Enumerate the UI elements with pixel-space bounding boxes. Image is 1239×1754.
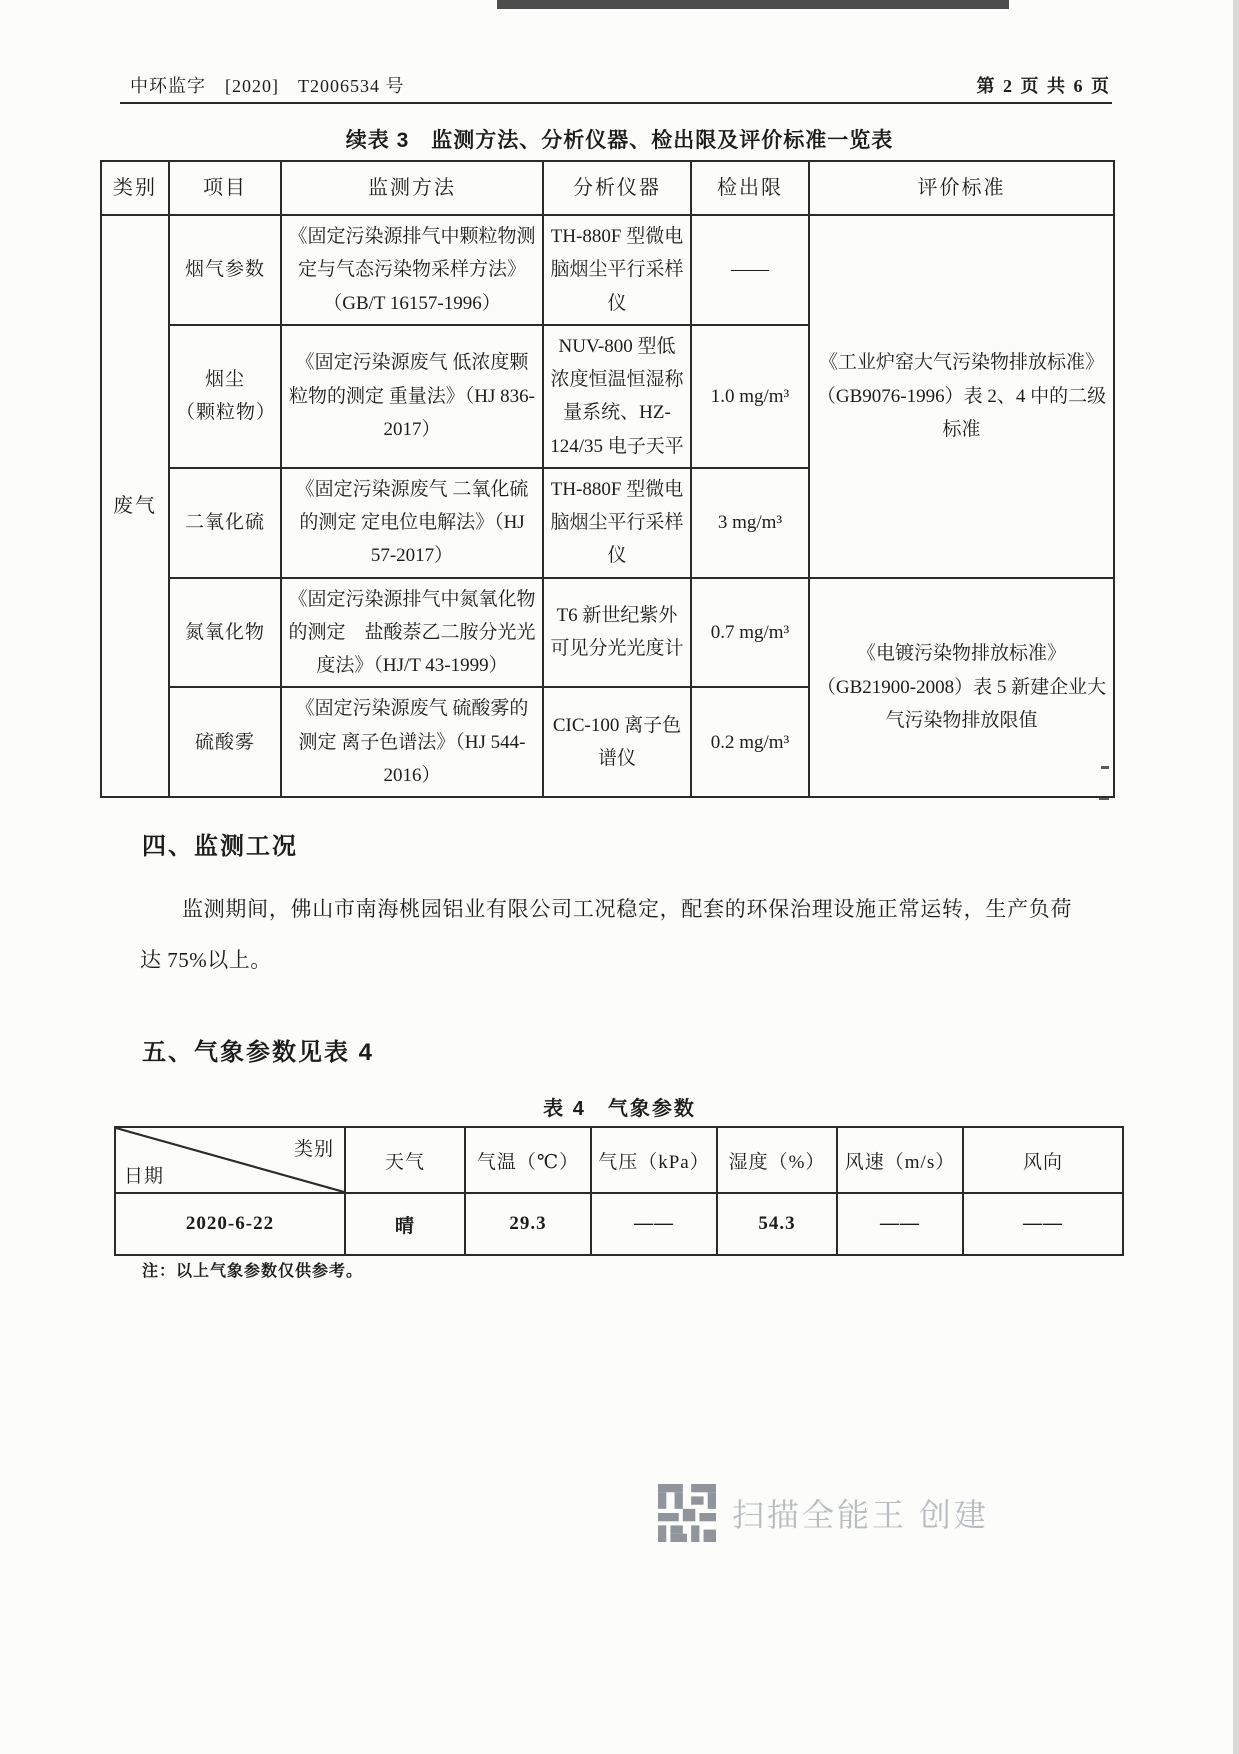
table4-wind-direction: —— (963, 1193, 1123, 1255)
table3-instrument: NUV-800 型低浓度恒温恒湿称量系统、HZ-124/35 电子天平 (543, 325, 691, 468)
table3-item: 氮氧化物 (169, 578, 281, 688)
watermark-text: 扫描全能王 创建 (732, 1490, 989, 1536)
table3-title: 续表 3 监测方法、分析仪器、检出限及评价标准一览表 (0, 124, 1239, 154)
page-number: 第 2 页 共 6 页 (977, 72, 1112, 98)
table4-header-weather: 天气 (345, 1127, 465, 1193)
table4-wind-speed: —— (837, 1193, 963, 1255)
table3-limit: 3 mg/m³ (691, 468, 809, 578)
camscanner-watermark: 扫描全能王 创建 (658, 1484, 989, 1542)
table3-item: 硫酸雾 (169, 687, 281, 797)
table3-item: 二氧化硫 (169, 468, 281, 578)
table4-corner-date-label: 日期 (124, 1161, 164, 1188)
scan-artifact-top-bar (497, 0, 1009, 9)
table3-header-standard: 评价标准 (809, 161, 1114, 215)
table4-weather-params: 类别 日期 天气 气温（℃） 气压（kPa） 湿度（%） 风速（m/s） 风向 … (114, 1126, 1124, 1256)
table3-header-item: 项目 (169, 161, 281, 215)
table4-corner-cell: 类别 日期 (115, 1127, 345, 1193)
table4-header-humidity: 湿度（%） (717, 1127, 837, 1193)
table4-header-pressure: 气压（kPa） (591, 1127, 717, 1193)
table3-header-instrument: 分析仪器 (543, 161, 691, 215)
table3-method: 《固定污染源废气 硫酸雾的测定 离子色谱法》（HJ 544-2016） (281, 687, 543, 797)
qr-code-icon (658, 1484, 716, 1542)
table3-header-category: 类别 (101, 161, 169, 215)
section4-heading: 四、监测工况 (142, 826, 298, 861)
header-rule (120, 102, 1112, 104)
table3-header-limit: 检出限 (691, 161, 809, 215)
table3-instrument: TH-880F 型微电脑烟尘平行采样仪 (543, 468, 691, 578)
scan-artifact-right-strip (1233, 0, 1239, 1754)
table4-date: 2020-6-22 (115, 1193, 345, 1255)
table3-limit: —— (691, 215, 809, 325)
table3-header-row: 类别 项目 监测方法 分析仪器 检出限 评价标准 (101, 161, 1114, 215)
table4-weather: 晴 (345, 1193, 465, 1255)
table3-instrument: TH-880F 型微电脑烟尘平行采样仪 (543, 215, 691, 325)
document-page: 中环监字 [2020] T2006534 号 第 2 页 共 6 页 续表 3 … (0, 0, 1239, 1754)
table3-instrument: CIC-100 离子色谱仪 (543, 687, 691, 797)
table3-standard-electroplating: 《电镀污染物排放标准》（GB21900-2008）表 5 新建企业大气污染物排放… (809, 578, 1114, 798)
table4-temperature: 29.3 (465, 1193, 591, 1255)
table4-title: 表 4 气象参数 (0, 1092, 1239, 1121)
table3-method: 《固定污染源排气中氮氧化物的测定 盐酸萘乙二胺分光光度法》（HJ/T 43-19… (281, 578, 543, 688)
table4-header-wind-speed: 风速（m/s） (837, 1127, 963, 1193)
table4-header-row: 类别 日期 天气 气温（℃） 气压（kPa） 湿度（%） 风速（m/s） 风向 (115, 1127, 1123, 1193)
table4-humidity: 54.3 (717, 1193, 837, 1255)
table3-row-flue-gas-params: 废气 烟气参数 《固定污染源排气中颗粒物测定与气态污染物采样方法》（GB/T 1… (101, 215, 1114, 325)
table3-limit: 0.7 mg/m³ (691, 578, 809, 688)
table3-instrument: T6 新世纪紫外可见分光光度计 (543, 578, 691, 688)
table3-monitoring-methods: 类别 项目 监测方法 分析仪器 检出限 评价标准 废气 烟气参数 《固定污染源排… (100, 160, 1115, 798)
document-number: 中环监字 [2020] T2006534 号 (130, 72, 404, 98)
table3-method: 《固定污染源废气 二氧化硫的测定 定电位电解法》（HJ 57-2017） (281, 468, 543, 578)
table3-method: 《固定污染源废气 低浓度颗粒物的测定 重量法》（HJ 836-2017） (281, 325, 543, 468)
table3-limit: 0.2 mg/m³ (691, 687, 809, 797)
section4-paragraph: 监测期间，佛山市南海桃园铝业有限公司工况稳定，配套的环保治理设施正常运转，生产负… (140, 884, 1072, 987)
table4-note: 注：以上气象参数仅供参考。 (142, 1258, 363, 1281)
table4-header-wind-direction: 风向 (963, 1127, 1123, 1193)
table3-method: 《固定污染源排气中颗粒物测定与气态污染物采样方法》（GB/T 16157-199… (281, 215, 543, 325)
table3-item: 烟尘 （颗粒物） (169, 325, 281, 468)
table4-header-temperature: 气温（℃） (465, 1127, 591, 1193)
table4-pressure: —— (591, 1193, 717, 1255)
table4-corner-category-label: 类别 (294, 1134, 334, 1161)
section5-heading: 五、气象参数见表 4 (142, 1032, 374, 1067)
table3-row-nox: 氮氧化物 《固定污染源排气中氮氧化物的测定 盐酸萘乙二胺分光光度法》（HJ/T … (101, 578, 1114, 688)
table3-limit: 1.0 mg/m³ (691, 325, 809, 468)
table3-standard-industrial-furnace: 《工业炉窑大气污染物排放标准》（GB9076-1996）表 2、4 中的二级标准 (809, 215, 1114, 578)
table4-data-row: 2020-6-22 晴 29.3 —— 54.3 —— —— (115, 1193, 1123, 1255)
table3-header-method: 监测方法 (281, 161, 543, 215)
table3-category-cell: 废气 (101, 215, 169, 797)
table3-item: 烟气参数 (169, 215, 281, 325)
